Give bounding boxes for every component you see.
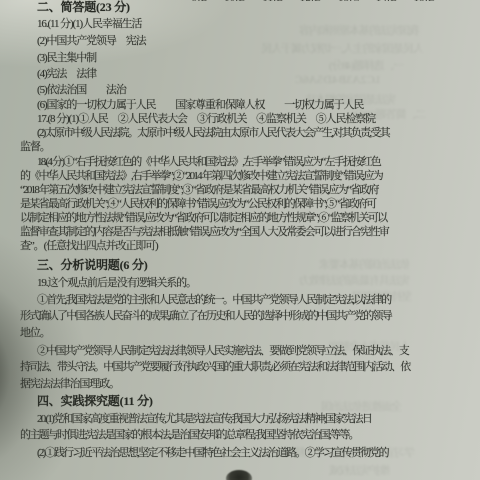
q16-answer-line: 16.(11 分)(1)人民幸福生活: [37, 18, 141, 31]
ghost-text-line: 人民是国家的主人,一切权力属于人民: [262, 40, 424, 56]
ghost-text-line: 全面推进依法治国: [322, 398, 402, 414]
q19-answer-line: 形式确认了中国各族人民奋斗的成果,确立了在历史和人民的选择中形成的中国共产党的领…: [20, 310, 391, 323]
clipped-answer-row: 9.B 10.D 11.B 12.D 13.C 14.B 15.D: [192, 0, 436, 4]
q19-answer-line: 19.这个观点前后是没有逻辑关系的。: [37, 277, 196, 290]
q18-answer-line: 是某省最高行政机关”;④“人民权利的保障书”错误,应改为“公民权利的保障书”;⑤…: [20, 198, 375, 211]
q18-answer-line: 监督审查其制定的内容是否与宪法相抵触”错误,应改为“全国人大及常委会可以进行合宪…: [20, 226, 388, 239]
ghost-text-line: 一、选择题(48分): [330, 57, 404, 73]
ghost-text-line: 依法治国的基本要求: [320, 256, 410, 272]
q19-answer-line: 据宪法法律治国理政。: [20, 378, 119, 391]
q20-answer-line: 20.(1)党和国家高度重视普法宣传,尤其是宪法宣传;我国大力弘扬宪法精神;国家…: [37, 413, 371, 426]
q16-answer-line: (4)宪法 法律: [37, 68, 96, 81]
q19-answer-line: ②中国共产党领导人民制定宪法法律,领导人民实施宪法、要做到党领导立法、保证执法、…: [37, 345, 408, 358]
q18-answer-line: 18.(4 分)①“右手抚按红色的《中华人民共和国宪法》,左手举拳”错误,应为“…: [37, 156, 380, 169]
q18-answer-line: 以制定相应的地方性法规”错误,应改为“省政府可以制定相应的地方性规章”;⑥“监察…: [20, 212, 386, 225]
q16-answer-line: (2)中国共产党领导 宪法: [37, 35, 146, 48]
q17-answer-line: 17.(8 分)(1)①人民 ②人民代表大会 ③行政机关 ④监察机关 ⑤人民检察…: [37, 113, 375, 126]
q18-answer-line: “2018 年第五次修改中建立宪法宣誓制度”;③“省政府是某省最高权力机关”错误…: [20, 184, 378, 197]
q19-answer-line: ①首先,我国宪法是党的主张和人民意志的统一。中国共产党领导人民制定宪法,以法律的: [37, 294, 391, 307]
photographed-answer-page: 我国宪法的基本原则和内容 人民是国家的主人,一切权力属于人民 一、选择题(48分…: [0, 0, 480, 480]
q16-answer-line: (3)民主集中制: [37, 52, 96, 65]
ghost-text-line: 维护宪法权威: [330, 462, 390, 478]
q18-answer-line: 查”。(任意找出四点并改正即可): [20, 240, 158, 253]
q19-answer-line: 持司法、带头守法。中国共产党要履行好执政兴国的重大职责,必须在宪法和法律范围内活…: [20, 361, 410, 374]
q16-answer-line: (6)国家的一切权力属于人民 国家尊重和保障人权 一切权力属于人民: [37, 99, 363, 112]
ghost-text-line: 1.C 2.A 3.B 4.D 5.A 6.C: [296, 74, 381, 86]
q16-answer-line: (5)依法治国 法治: [37, 84, 126, 97]
ghost-text-line: 我国宪法的基本原则和内容: [300, 22, 420, 38]
q17-answer-line: 监督。: [20, 141, 50, 154]
q18-answer-line: 的《中华人民共和国宪法》,右手举拳”;②“2014 年第四次修改中建立宪法宣誓制…: [20, 170, 382, 183]
q19-answer-line: 地位。: [20, 327, 50, 340]
page-number-dot: [226, 470, 252, 480]
section-heading-practice: 四、实践探究题(11 分): [37, 395, 153, 408]
q17-answer-line: (2)太原市中级人民法院。太原市中级人民法院由太原市人民代表大会产生,对其负责,…: [37, 127, 389, 140]
section-heading-short-answer: 二、简答题(23 分): [37, 1, 130, 14]
q20-answer-line: 的主题与时俱进;宪法是国家的根本法,是治国安邦的总章程;我国坚持依宪治国;等等。: [20, 429, 358, 442]
ghost-text-line: 宪法具有最高的法律效力: [300, 272, 410, 288]
section-heading-analysis: 三、分析说明题(6 分): [37, 259, 148, 272]
q20-answer-line: (2)①践行习近平法治思想,坚定不移走中国特色社会主义法治道路。②学习宣传贯彻党…: [37, 447, 388, 460]
